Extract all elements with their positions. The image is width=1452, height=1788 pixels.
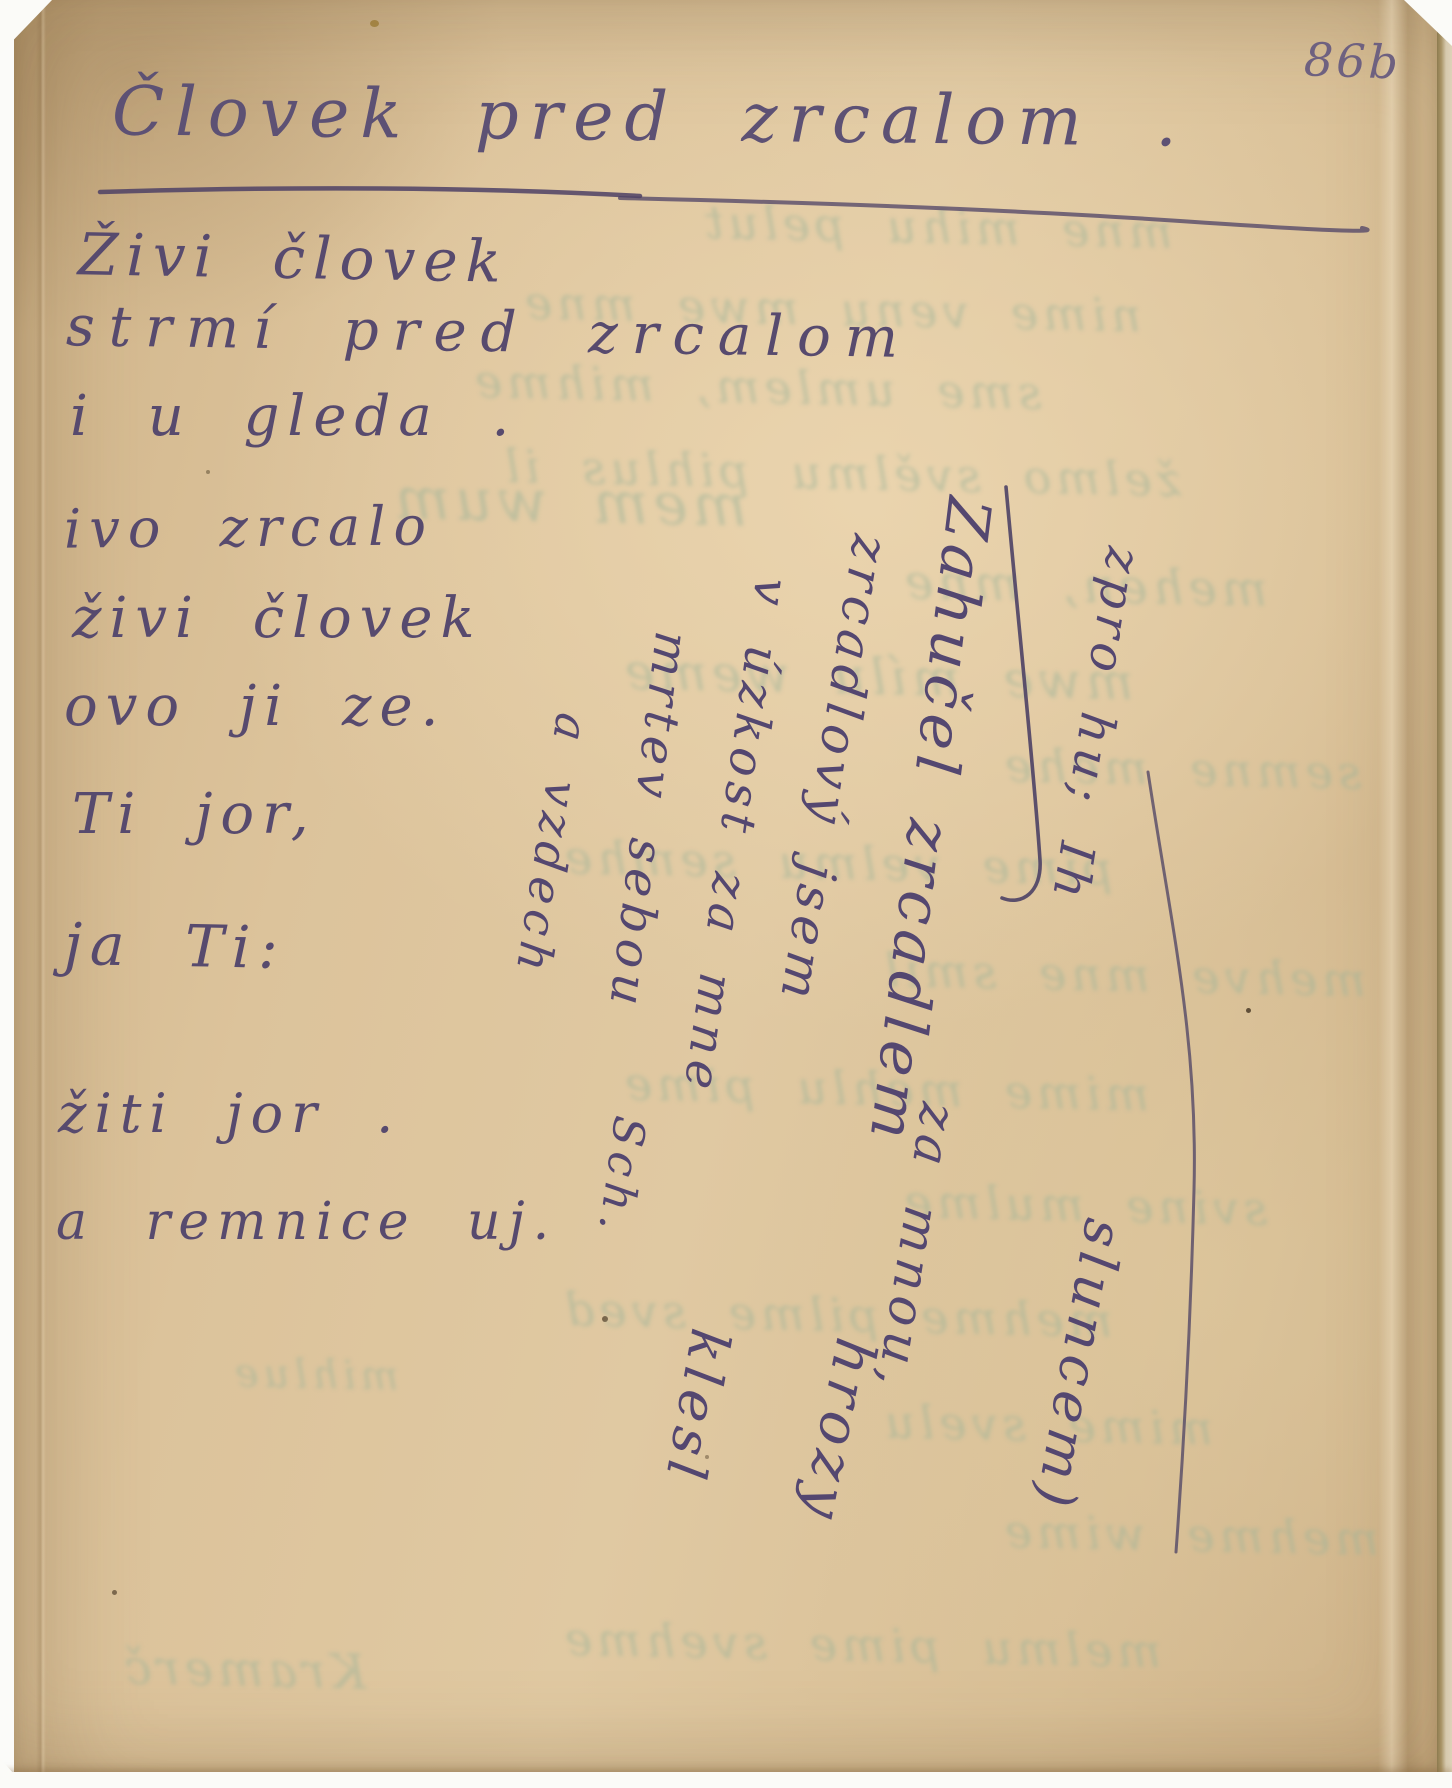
poem-line: Živi človek [77, 220, 509, 296]
manuscript-scan: mne mihu pelut nime venu mwe mne sme uml… [0, 0, 1452, 1788]
poem-line: Ti jor, [72, 782, 317, 847]
poem-line: ivo zrcalo [64, 494, 434, 560]
poem-line: žiti jor . [58, 1082, 401, 1145]
poem-line: živi človek [72, 586, 482, 651]
poem-line: ja Ti: [63, 910, 286, 982]
poem-line: i u gleda . [70, 384, 517, 449]
poem-line: strmí pred zrcalom [66, 294, 913, 371]
poem-line: ovo ji ze. [64, 674, 446, 739]
ink-layer: 86b Človek pred zrcalom . Živi človek st… [0, 0, 1452, 1788]
poem-line: a remnice uj. [56, 1192, 557, 1252]
